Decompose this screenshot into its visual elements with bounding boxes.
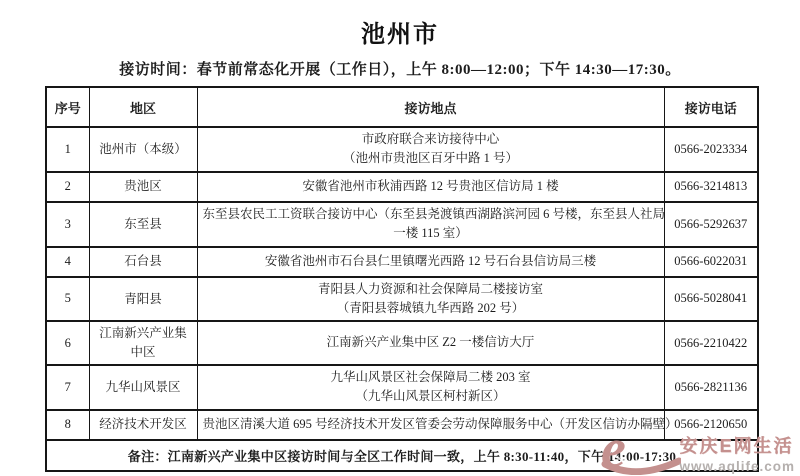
row-phone: 0566-3214813 (664, 172, 758, 202)
row-phone: 0566-5292637 (664, 202, 758, 247)
row-num: 1 (46, 127, 89, 172)
row-region: 石台县 (89, 247, 197, 277)
visit-time-subtitle: 接访时间：春节前常态化开展（工作日），上午 8:00—12:00；下午 14:3… (0, 58, 800, 79)
row-location: 安徽省池州市秋浦西路 12 号贵池区信访局 1 楼 (197, 172, 664, 202)
table-row: 3 东至县 东至县农民工工资联合接访中心（东至县尧渡镇西湖路滨河园 6 号楼，东… (46, 202, 758, 247)
row-region: 九华山风景区 (89, 365, 197, 410)
column-header-num: 序号 (46, 87, 89, 127)
row-location: 贵池区清溪大道 695 号经济技术开发区管委会劳动保障服务中心（开发区信访办隔壁… (197, 410, 664, 440)
page-title: 池州市 (0, 14, 800, 49)
row-num: 2 (46, 172, 89, 202)
visit-locations-table: 序号 地区 接访地点 接访电话 1 池州市（本级） 市政府联合来访接待中心 （池… (45, 86, 759, 472)
row-phone: 0566-5028041 (664, 277, 758, 322)
aqlife-watermark: e 安庆E网生活 www.aqlife.com (601, 423, 795, 475)
row-location: 九华山风景区社会保障局二楼 203 室 （九华山风景区柯村新区） (197, 365, 664, 410)
row-num: 5 (46, 277, 89, 322)
column-header-location: 接访地点 (197, 87, 664, 127)
table-header-row: 序号 地区 接访地点 接访电话 (46, 87, 758, 127)
row-region: 江南新兴产业集中区 (89, 321, 197, 365)
row-region: 池州市（本级） (89, 127, 197, 172)
aqlife-e-logo-icon: e (601, 423, 681, 475)
location-line: （青阳县蓉城镇九华西路 202 号） (203, 299, 659, 318)
row-region: 贵池区 (89, 172, 197, 202)
location-line: 九华山风景区社会保障局二楼 203 室 (203, 368, 659, 387)
table-row: 1 池州市（本级） 市政府联合来访接待中心 （池州市贵池区百牙中路 1 号） 0… (46, 127, 758, 172)
location-line: 江南新兴产业集中区 Z2 一楼信访大厅 (203, 333, 659, 352)
row-region: 经济技术开发区 (89, 410, 197, 440)
table-row: 4 石台县 安徽省池州市石台县仁里镇曙光西路 12 号石台县信访局三楼 0566… (46, 247, 758, 277)
location-line: 市政府联合来访接待中心 (203, 130, 659, 149)
row-phone: 0566-2023334 (664, 127, 758, 172)
location-line: 青阳县人力资源和社会保障局二楼接访室 (203, 280, 659, 299)
row-location: 市政府联合来访接待中心 （池州市贵池区百牙中路 1 号） (197, 127, 664, 172)
row-phone: 0566-2210422 (664, 321, 758, 365)
row-phone: 0566-6022031 (664, 247, 758, 277)
table-row: 6 江南新兴产业集中区 江南新兴产业集中区 Z2 一楼信访大厅 0566-221… (46, 321, 758, 365)
location-line: 安徽省池州市石台县仁里镇曙光西路 12 号石台县信访局三楼 (203, 252, 659, 271)
column-header-phone: 接访电话 (664, 87, 758, 127)
location-line: 贵池区清溪大道 695 号经济技术开发区管委会劳动保障服务中心（开发区信访办隔壁… (203, 415, 659, 434)
row-location: 安徽省池州市石台县仁里镇曙光西路 12 号石台县信访局三楼 (197, 247, 664, 277)
row-num: 3 (46, 202, 89, 247)
table-row: 2 贵池区 安徽省池州市秋浦西路 12 号贵池区信访局 1 楼 0566-321… (46, 172, 758, 202)
location-line: 一楼 115 室） (203, 224, 659, 243)
watermark-brand-text: 安庆E网生活 (679, 437, 793, 457)
table-row: 7 九华山风景区 九华山风景区社会保障局二楼 203 室 （九华山风景区柯村新区… (46, 365, 758, 410)
row-location: 青阳县人力资源和社会保障局二楼接访室 （青阳县蓉城镇九华西路 202 号） (197, 277, 664, 322)
row-phone: 0566-2821136 (664, 365, 758, 410)
location-line: 安徽省池州市秋浦西路 12 号贵池区信访局 1 楼 (203, 177, 659, 196)
row-num: 8 (46, 410, 89, 440)
row-location: 东至县农民工工资联合接访中心（东至县尧渡镇西湖路滨河园 6 号楼，东至县人社局 … (197, 202, 664, 247)
row-location: 江南新兴产业集中区 Z2 一楼信访大厅 (197, 321, 664, 365)
row-region: 东至县 (89, 202, 197, 247)
location-line: （九华山风景区柯村新区） (203, 387, 659, 406)
row-num: 6 (46, 321, 89, 365)
row-num: 4 (46, 247, 89, 277)
row-num: 7 (46, 365, 89, 410)
table-row: 5 青阳县 青阳县人力资源和社会保障局二楼接访室 （青阳县蓉城镇九华西路 202… (46, 277, 758, 322)
watermark-url-text: www.aqlife.com (679, 459, 795, 475)
location-line: 东至县农民工工资联合接访中心（东至县尧渡镇西湖路滨河园 6 号楼，东至县人社局 (203, 205, 659, 224)
column-header-region: 地区 (89, 87, 197, 127)
location-line: （池州市贵池区百牙中路 1 号） (203, 149, 659, 168)
row-region: 青阳县 (89, 277, 197, 322)
